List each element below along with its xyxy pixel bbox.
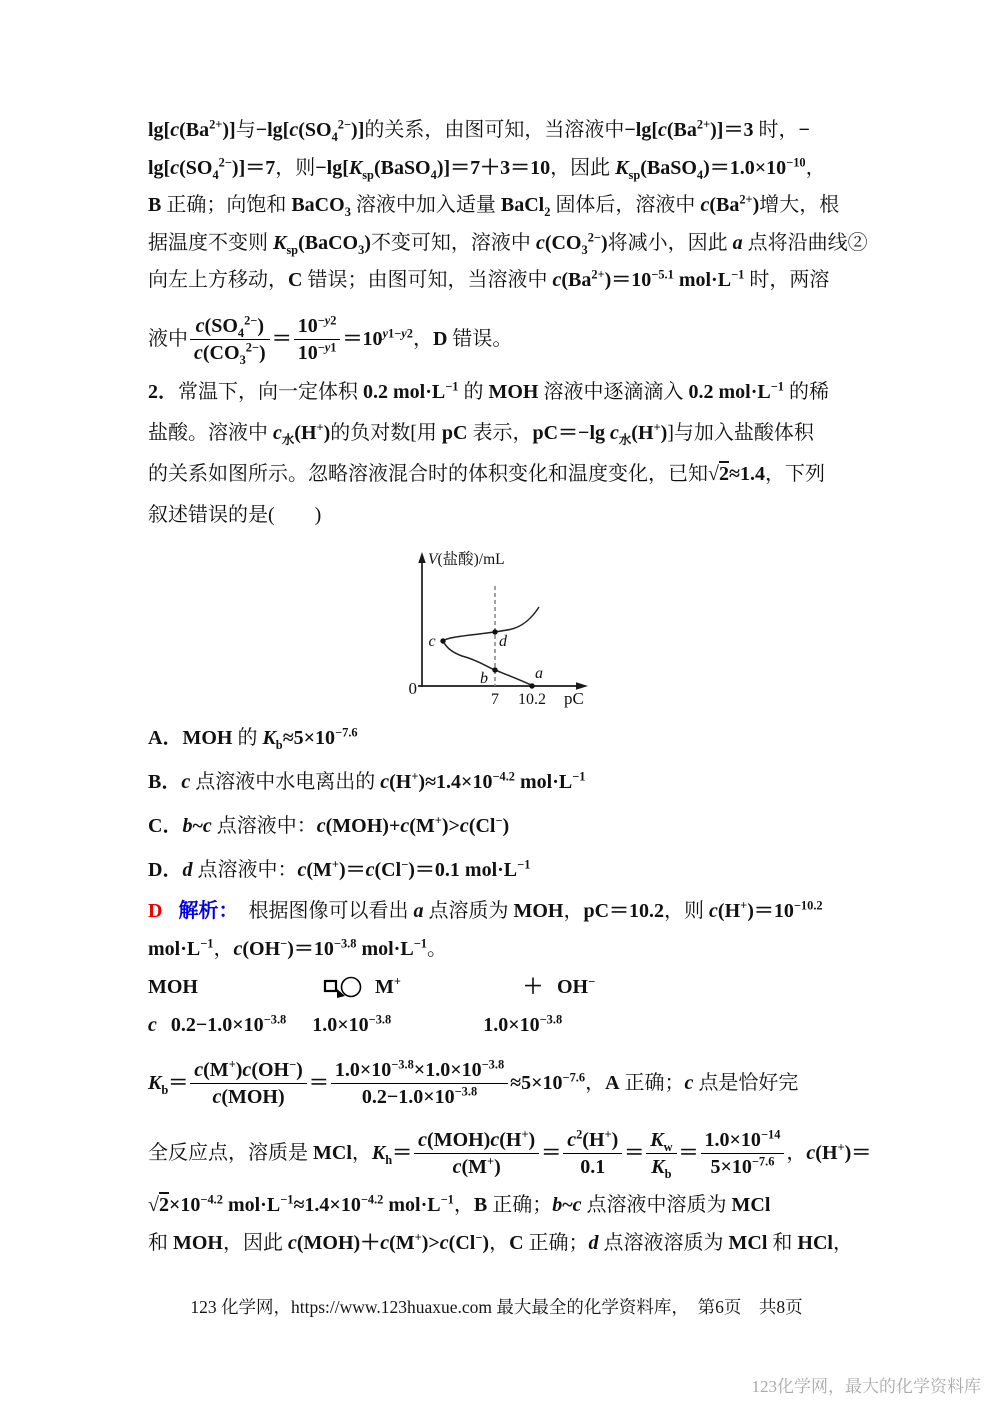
c-value-3: 1.0×10−3.8 — [483, 1014, 562, 1036]
equilibrium-equation-line: MOHM+＋OH− — [148, 968, 868, 1006]
point-c-dot — [440, 638, 445, 643]
point-c-label: c — [428, 633, 435, 650]
point-a-label: a — [535, 665, 543, 682]
point-a-dot — [529, 683, 534, 688]
x-tick-10-2: 10.2 — [518, 691, 546, 708]
eq-plus-sign: ＋ — [523, 976, 543, 998]
text-line: lg[c(SO42−)]＝7，则−lg[Ksp(BaSO4)]＝7＋3＝10，因… — [148, 150, 868, 188]
titration-graph-svg: V(盐酸)/mL 0 c d b a 7 10.2 pC — [402, 546, 612, 712]
kh-equation-line: 全反应点，溶质是 MCl，Kh＝c(MOH)c(H+)c(M+)＝c2(H+)0… — [148, 1122, 868, 1184]
question-line: 的关系如图所示。忽略溶液混合时的体积变化和温度变化，已知√2≈1.4，下列 — [148, 454, 868, 495]
concentration-line: c0.2−1.0×10−3.81.0×10−3.81.0×10−3.8 — [148, 1006, 868, 1044]
y-axis-label: V(盐酸)/mL — [428, 549, 505, 568]
analysis-paragraph-1: lg[c(Ba2+)]与−lg[c(SO42−)]的关系，由图可知，当溶液中−l… — [148, 112, 868, 370]
question-line: 盐酸。溶液中 c水(H+)的负对数[用 pC 表示，pC＝−lg c水(H+)]… — [148, 413, 868, 454]
document-page: lg[c(Ba2+)]与−lg[c(SO42−)]的关系，由图可知，当溶液中−l… — [0, 0, 993, 1404]
analysis-label: 解析： — [178, 900, 238, 922]
titration-graph: V(盐酸)/mL 0 c d b a 7 10.2 pC — [402, 546, 612, 712]
point-b-dot — [492, 667, 497, 672]
solution-text: 根据图像可以看出 a 点溶质为 MOH，pC＝10.2，则 c(H+)＝10−1… — [248, 900, 822, 922]
solution-line-1: D解析：根据图像可以看出 a 点溶质为 MOH，pC＝10.2，则 c(H+)＝… — [148, 892, 868, 930]
page-footer: 123 化学网，https://www.123huaxue.com 最大最全的化… — [0, 1294, 993, 1319]
solution-line-8: 和 MOH，因此 c(MOH)＋c(M+)>c(Cl−)，C 正确；d 点溶液溶… — [148, 1224, 868, 1262]
curve-upper-branch — [443, 607, 539, 641]
equilibrium-arrow-icon — [322, 975, 366, 1001]
x-axis-label: pC — [564, 689, 584, 708]
point-d-label: d — [499, 633, 508, 650]
watermark: 123化学网，最大的化学资料库 — [752, 1372, 982, 1397]
option-a: A．MOH 的 Kb≈5×10−7.6 — [148, 716, 868, 760]
footer-text: 123 化学网，https://www.123huaxue.com 最大最全的化… — [190, 1297, 802, 1317]
eq-product-1: M+ — [375, 976, 401, 998]
origin-label: 0 — [409, 679, 418, 698]
text-line: B 正确；向饱和 BaCO3 溶液中加入适量 BaCl2 固体后，溶液中 c(B… — [148, 187, 868, 225]
page-content: lg[c(Ba2+)]与−lg[c(SO42−)]的关系，由图可知，当溶液中−l… — [148, 112, 868, 1262]
text-line: lg[c(Ba2+)]与−lg[c(SO42−)]的关系，由图可知，当溶液中−l… — [148, 112, 868, 150]
text-line: 据温度不变则 Ksp(BaCO3)不变可知，溶液中 c(CO32−)将减小，因此… — [148, 225, 868, 263]
question-line: 2．常温下，向一定体积 0.2 mol·L−1 的 MOH 溶液中逐滴滴入 0.… — [148, 372, 868, 413]
answer-letter: D — [148, 900, 162, 922]
point-b-label: b — [480, 670, 488, 687]
c-value-1: 0.2−1.0×10−3.8 — [171, 1014, 286, 1036]
solution-line-7: √2×10−4.2 mol·L−1≈1.4×10−4.2 mol·L−1，B 正… — [148, 1186, 868, 1224]
options-list: A．MOH 的 Kb≈5×10−7.6 B．c 点溶液中水电离出的 c(H+)≈… — [148, 716, 868, 892]
option-d: D．d 点溶液中：c(M+)＝c(Cl−)＝0.1 mol·L−1 — [148, 848, 868, 892]
eq-reactant: MOH — [148, 976, 198, 998]
x-tick-7: 7 — [491, 691, 499, 708]
option-c: C．b~c 点溶液中：c(MOH)+c(M+)>c(Cl−) — [148, 804, 868, 848]
c-value-2: 1.0×10−3.8 — [312, 1014, 391, 1036]
c-label: c — [148, 1014, 157, 1036]
question-line: 叙述错误的是( ) — [148, 495, 868, 536]
solution-line-2: mol·L−1，c(OH−)＝10−3.8 mol·L−1。 — [148, 930, 868, 968]
eq-product-2: OH− — [557, 976, 595, 998]
point-d-dot — [492, 629, 497, 634]
fraction-line: 液中c(SO42−)c(CO32−)＝10−y210−y1＝10y1−y2，D … — [148, 308, 868, 370]
question-2: 2．常温下，向一定体积 0.2 mol·L−1 的 MOH 溶液中逐滴滴入 0.… — [148, 372, 868, 536]
kb-equation-line: Kb＝c(M+)c(OH−)c(MOH)＝1.0×10−3.8×1.0×10−3… — [148, 1052, 868, 1114]
text-line: 向左上方移动，C 错误；由图可知，当溶液中 c(Ba2+)＝10−5.1 mol… — [148, 262, 868, 300]
y-axis-arrow-icon — [418, 552, 425, 563]
solution-block: D解析：根据图像可以看出 a 点溶质为 MOH，pC＝10.2，则 c(H+)＝… — [148, 892, 868, 1262]
option-b: B．c 点溶液中水电离出的 c(H+)≈1.4×10−4.2 mol·L−1 — [148, 760, 868, 804]
